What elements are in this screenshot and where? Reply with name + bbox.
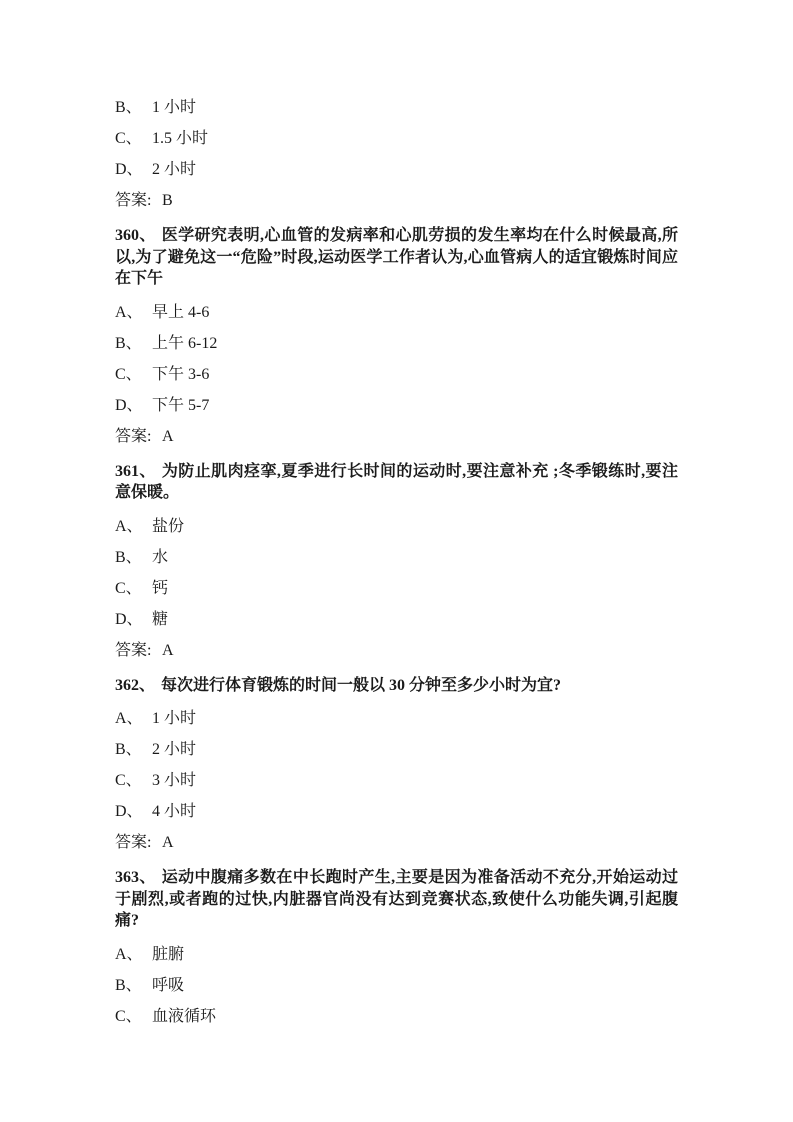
question-number: 362、 xyxy=(115,677,161,694)
option-text: 3 小时 xyxy=(152,772,196,789)
option-row: B、水 xyxy=(115,547,678,568)
option-text: 呼吸 xyxy=(152,977,184,994)
question-text: 360、医学研究表明,心血管的发病率和心肌劳损的发生率均在什么时候最高,所以,为… xyxy=(115,225,678,290)
answer-row: 答案:A xyxy=(115,426,678,447)
question-body: 每次进行体育锻炼的时间一般以 30 分钟至多少小时为宜? xyxy=(161,677,561,694)
option-text: 2 小时 xyxy=(152,161,196,178)
option-letter: C、 xyxy=(115,770,152,791)
option-letter: A、 xyxy=(115,302,152,323)
option-text: 糖 xyxy=(152,611,168,628)
option-letter: B、 xyxy=(115,975,152,996)
answer-value: A xyxy=(162,428,174,445)
answer-label: 答案: xyxy=(115,190,162,211)
answer-value: A xyxy=(162,642,174,659)
option-letter: A、 xyxy=(115,708,152,729)
option-text: 1.5 小时 xyxy=(152,130,208,147)
answer-value: B xyxy=(162,192,173,209)
option-row: B、2 小时 xyxy=(115,739,678,760)
option-letter: C、 xyxy=(115,1006,152,1027)
answer-label: 答案: xyxy=(115,426,162,447)
option-text: 脏腑 xyxy=(152,946,184,963)
option-row: C、3 小时 xyxy=(115,770,678,791)
answer-label: 答案: xyxy=(115,640,162,661)
option-text: 水 xyxy=(152,549,168,566)
option-letter: C、 xyxy=(115,128,152,149)
option-letter: B、 xyxy=(115,739,152,760)
question-362: 362、每次进行体育锻炼的时间一般以 30 分钟至多少小时为宜? A、1 小时 … xyxy=(115,675,678,854)
option-row: B、1 小时 xyxy=(115,97,678,118)
option-letter: A、 xyxy=(115,944,152,965)
answer-row: 答案:A xyxy=(115,640,678,661)
question-number: 361、 xyxy=(115,463,162,480)
option-row: C、下午 3-6 xyxy=(115,364,678,385)
option-text: 早上 4-6 xyxy=(152,304,209,321)
option-letter: C、 xyxy=(115,364,152,385)
question-text: 362、每次进行体育锻炼的时间一般以 30 分钟至多少小时为宜? xyxy=(115,675,678,697)
question-body: 医学研究表明,心血管的发病率和心肌劳损的发生率均在什么时候最高,所以,为了避免这… xyxy=(115,227,678,287)
option-text: 2 小时 xyxy=(152,741,196,758)
question-360: 360、医学研究表明,心血管的发病率和心肌劳损的发生率均在什么时候最高,所以,为… xyxy=(115,225,678,447)
option-row: A、1 小时 xyxy=(115,708,678,729)
question-359-continuation: B、1 小时 C、1.5 小时 D、2 小时 答案:B xyxy=(115,97,678,211)
option-letter: A、 xyxy=(115,516,152,537)
option-letter: D、 xyxy=(115,801,152,822)
option-row: C、血液循环 xyxy=(115,1006,678,1027)
option-letter: D、 xyxy=(115,395,152,416)
option-text: 1 小时 xyxy=(152,710,196,727)
question-text: 363、运动中腹痛多数在中长跑时产生,主要是因为准备活动不充分,开始运动过于剧烈… xyxy=(115,867,678,932)
question-text: 361、为防止肌肉痉挛,夏季进行长时间的运动时,要注意补充 ;冬季锻练时,要注意… xyxy=(115,461,678,504)
option-letter: C、 xyxy=(115,578,152,599)
option-row: C、1.5 小时 xyxy=(115,128,678,149)
option-text: 血液循环 xyxy=(152,1008,216,1025)
option-row: B、呼吸 xyxy=(115,975,678,996)
option-row: A、盐份 xyxy=(115,516,678,537)
question-body: 为防止肌肉痉挛,夏季进行长时间的运动时,要注意补充 ;冬季锻练时,要注意保暖。 xyxy=(115,463,678,502)
answer-row: 答案:A xyxy=(115,832,678,853)
option-row: C、钙 xyxy=(115,578,678,599)
option-row: D、下午 5-7 xyxy=(115,395,678,416)
question-number: 360、 xyxy=(115,227,162,244)
option-text: 4 小时 xyxy=(152,803,196,820)
option-letter: B、 xyxy=(115,547,152,568)
option-row: A、脏腑 xyxy=(115,944,678,965)
option-row: D、4 小时 xyxy=(115,801,678,822)
question-body: 运动中腹痛多数在中长跑时产生,主要是因为准备活动不充分,开始运动过于剧烈,或者跑… xyxy=(115,869,678,929)
answer-value: A xyxy=(162,834,174,851)
answer-row: 答案:B xyxy=(115,190,678,211)
option-row: A、早上 4-6 xyxy=(115,302,678,323)
document-page: B、1 小时 C、1.5 小时 D、2 小时 答案:B 360、医学研究表明,心… xyxy=(0,0,793,1122)
option-text: 下午 3-6 xyxy=(152,366,209,383)
option-text: 盐份 xyxy=(152,518,184,535)
option-text: 1 小时 xyxy=(152,99,196,116)
option-row: B、上午 6-12 xyxy=(115,333,678,354)
question-363: 363、运动中腹痛多数在中长跑时产生,主要是因为准备活动不充分,开始运动过于剧烈… xyxy=(115,867,678,1027)
option-text: 上午 6-12 xyxy=(152,335,217,352)
option-letter: B、 xyxy=(115,97,152,118)
question-number: 363、 xyxy=(115,869,162,886)
option-letter: D、 xyxy=(115,159,152,180)
answer-label: 答案: xyxy=(115,832,162,853)
option-row: D、2 小时 xyxy=(115,159,678,180)
option-letter: B、 xyxy=(115,333,152,354)
option-text: 下午 5-7 xyxy=(152,397,209,414)
question-361: 361、为防止肌肉痉挛,夏季进行长时间的运动时,要注意补充 ;冬季锻练时,要注意… xyxy=(115,461,678,661)
option-text: 钙 xyxy=(152,580,168,597)
option-row: D、糖 xyxy=(115,609,678,630)
option-letter: D、 xyxy=(115,609,152,630)
